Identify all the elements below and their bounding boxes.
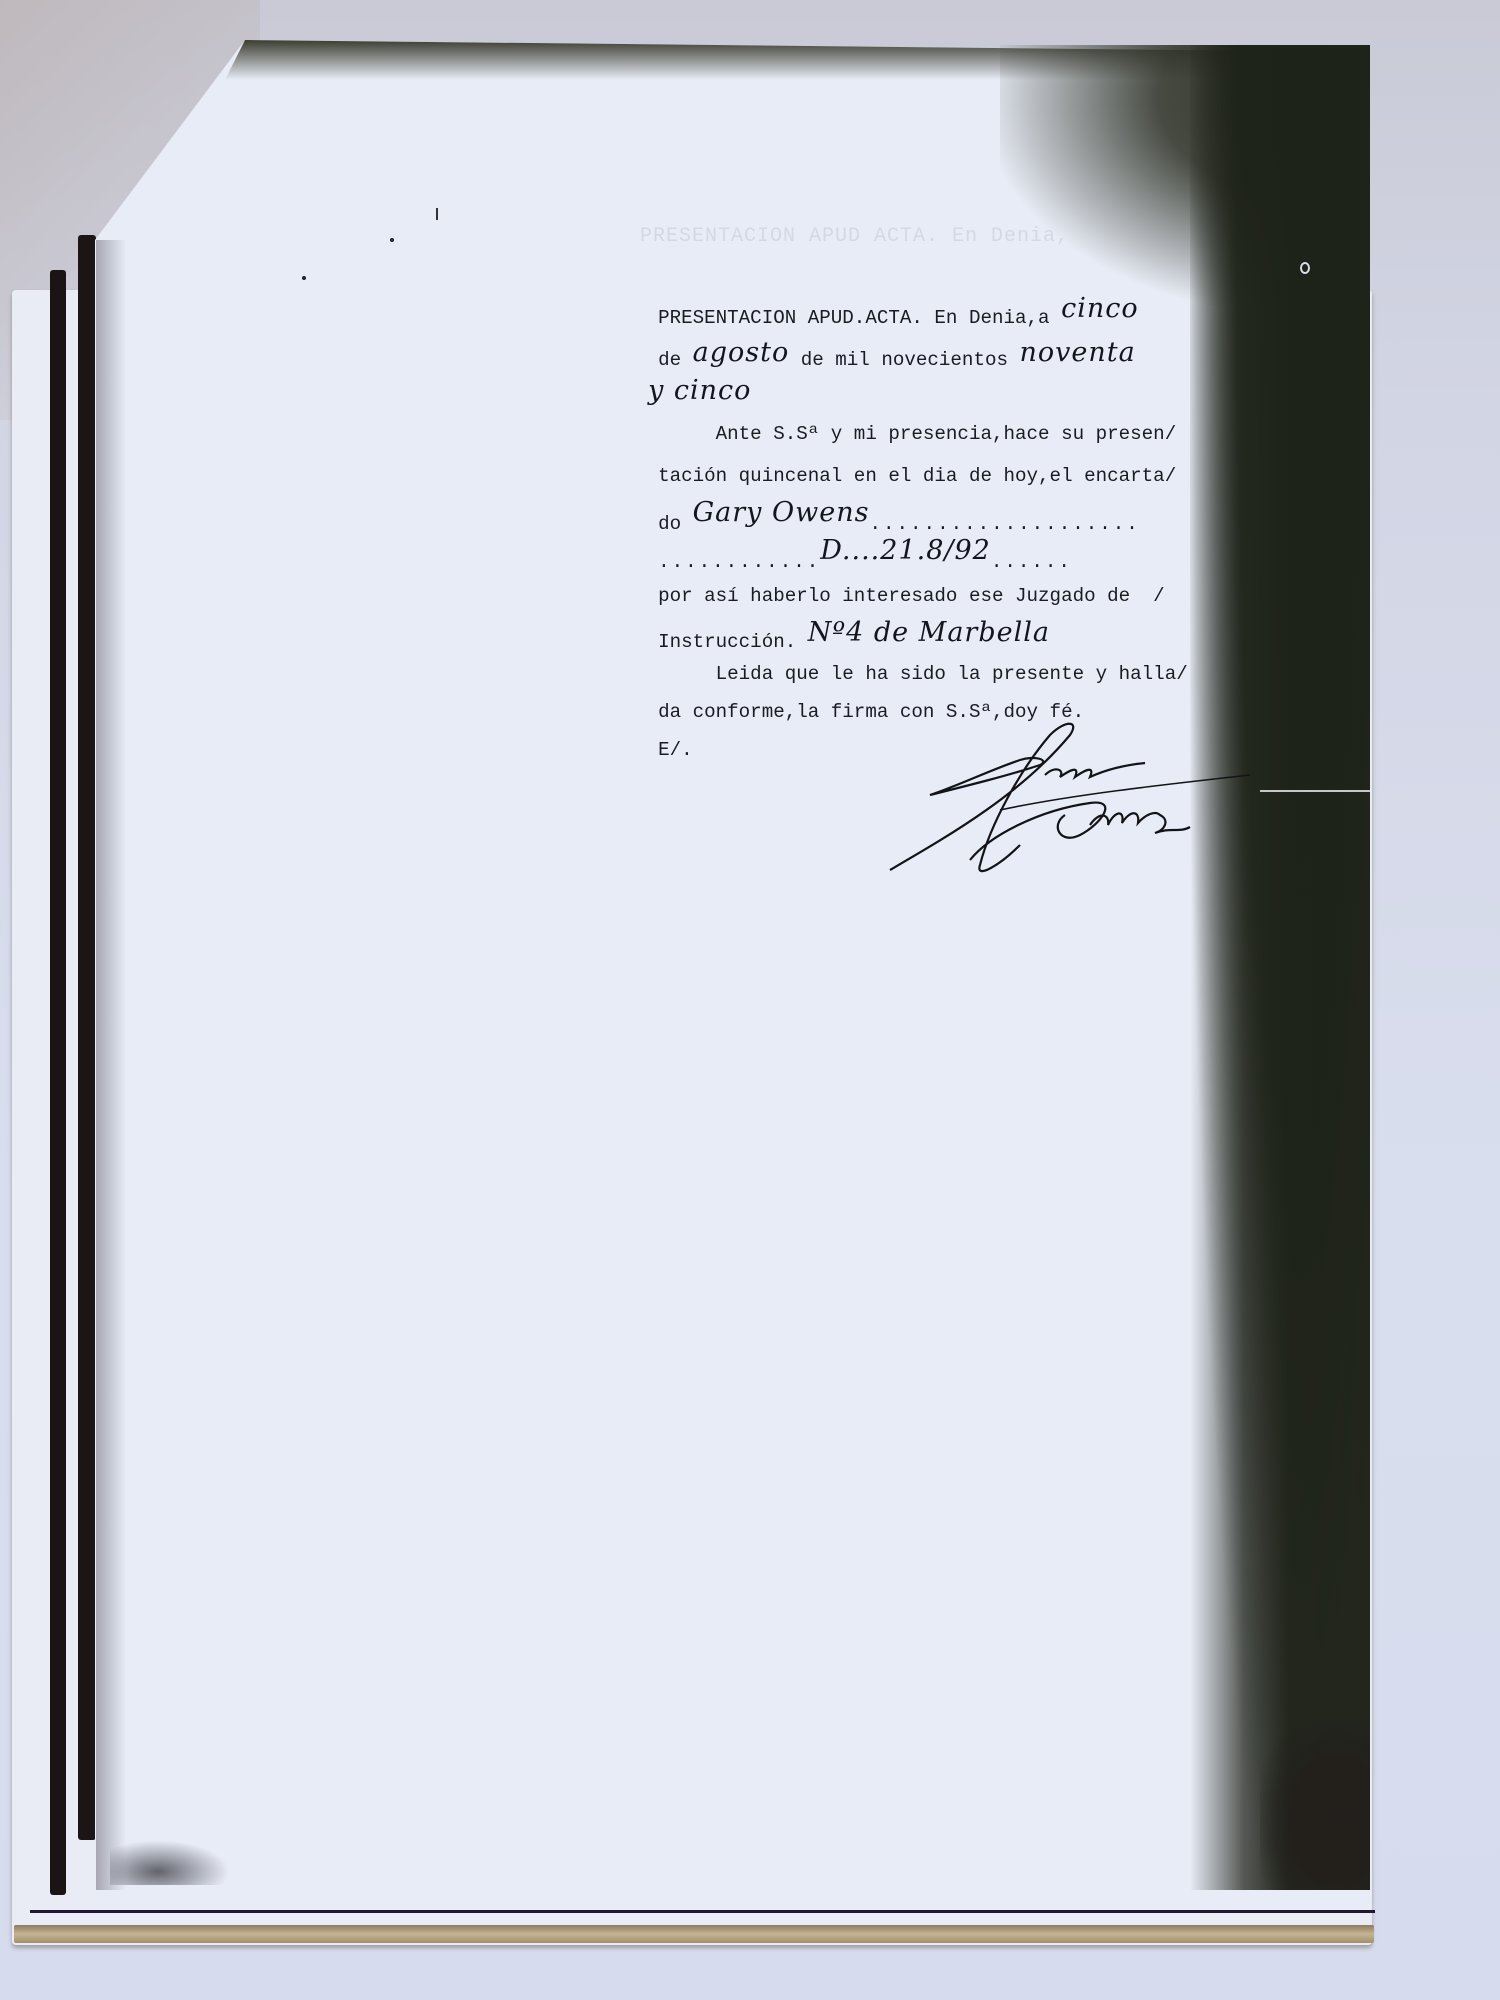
stray-dot xyxy=(302,276,306,280)
printed-text: E/. xyxy=(658,739,693,761)
printed-text: tación quincenal en el dia de hoy,el enc… xyxy=(658,465,1176,487)
handwritten-name: Gary Owens xyxy=(693,497,870,528)
line-12: E/. xyxy=(612,722,693,780)
handwritten-year-decade: noventa xyxy=(1020,337,1136,368)
paper-stack-edge xyxy=(14,1925,1374,1943)
stray-mark xyxy=(436,208,438,220)
toner-shadow-right xyxy=(1190,45,1370,1890)
printed-text: Leida que le ha sido la presente y halla… xyxy=(658,663,1188,685)
printed-text: Ante S.Sª y mi presencia,hace su presen/ xyxy=(658,423,1176,445)
toner-smudge-bottom-left xyxy=(110,1840,230,1885)
signature-scan-line xyxy=(1260,790,1370,792)
handwritten-year-unit: y cinco xyxy=(648,375,751,406)
toner-shadow-bottom xyxy=(1260,1720,1370,1890)
signature xyxy=(870,715,1270,885)
copy-border-bar-outer xyxy=(50,270,66,1895)
printed-text: por así haberlo interesado ese Juzgado d… xyxy=(658,585,1165,607)
page-bottom-line xyxy=(30,1910,1375,1913)
bleed-through-text: PRESENTACION APUD ACTA. En Denia, xyxy=(640,225,1069,248)
stray-dot xyxy=(390,238,394,242)
handwritten-day: cinco xyxy=(1061,293,1139,324)
handwritten-case-ref: D....21.8/92 xyxy=(820,535,991,566)
copy-border-bar-inner xyxy=(78,235,96,1840)
printed-text: de mil novecientos xyxy=(789,349,1019,371)
handwritten-court: Nº4 de Marbella xyxy=(808,617,1050,648)
punch-hole-icon xyxy=(1300,262,1310,274)
left-toner-edge xyxy=(96,240,126,1890)
